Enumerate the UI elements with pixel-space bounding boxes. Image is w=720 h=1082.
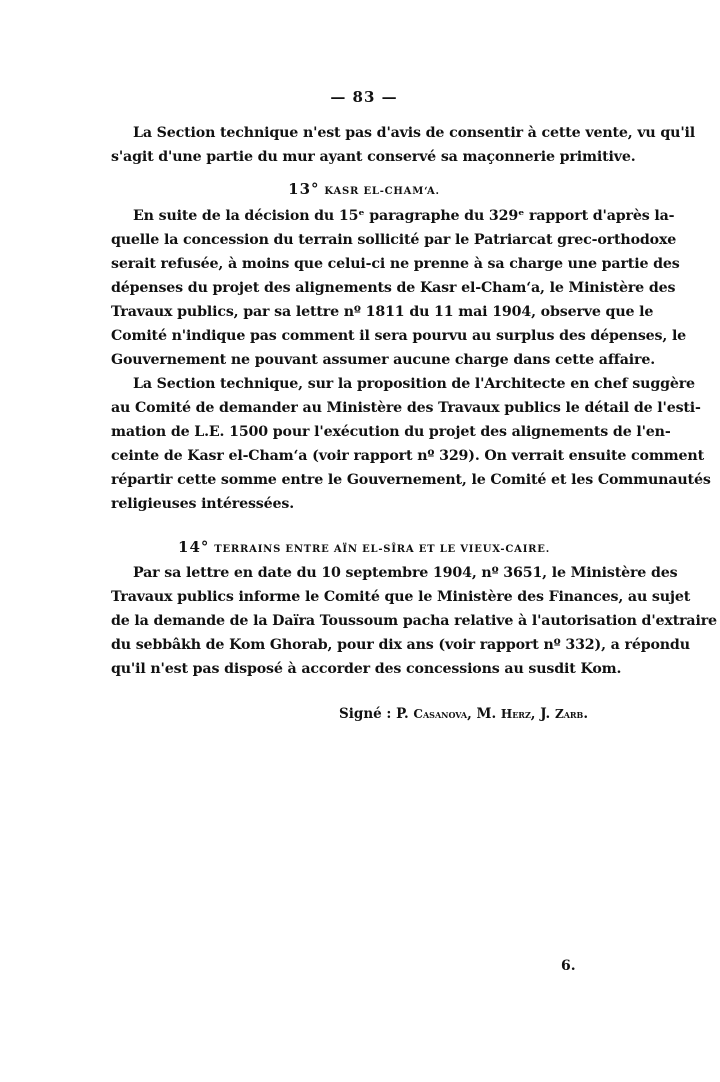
text-line: du sebbâkh de Kom Ghorab, pour dix ans (… [111,633,617,657]
text-line: Travaux publics informe le Comité que le… [111,585,617,609]
signature-separator: , J. [531,706,555,722]
section-number: 14° [178,538,209,556]
signatory-zarb: Zarb [555,707,583,721]
text-line: Par sa lettre en date du 10 septembre 19… [111,561,617,585]
signature-separator: , M. [467,706,501,722]
text-line: serait refusée, à moins que celui-ci ne … [111,252,617,276]
signature-line: Signé : P. Casanova, M. Herz, J. Zarb. [339,706,588,722]
text-line: En suite de la décision du 15ᵉ paragraph… [111,204,617,228]
section-title: Terrains entre Aïn el-Sîra et le Vieux-C… [214,544,550,555]
paragraph-architecte-proposal: La Section technique, sur la proposition… [111,372,617,516]
text-line: quelle la concession du terrain sollicit… [111,228,617,252]
paragraph-kasr-el-chama-decision: En suite de la décision du 15ᵉ paragraph… [111,204,617,372]
signatory-casanova: Casanova [413,707,467,721]
text-line: mation de L.E. 1500 pour l'exécution du … [111,420,617,444]
text-line: s'agit d'une partie du mur ayant conserv… [111,145,617,169]
page-number: — 83 — [111,88,617,106]
text-line: ceinte de Kasr el-Cham‘a (voir rapport n… [111,444,617,468]
text-line: religieuses intéressées. [111,492,617,516]
section-heading-14: 14° Terrains entre Aïn el-Sîra et le Vie… [111,538,617,556]
printer-signature-mark: 6. [561,958,576,974]
paragraph-section-technique-opinion: La Section technique n'est pas d'avis de… [111,121,617,169]
text-line: La Section technique, sur la proposition… [111,372,617,396]
signature-prefix: Signé : P. [339,706,413,722]
text-line: qu'il n'est pas disposé à accorder des c… [111,657,617,681]
text-line: au Comité de demander au Ministère des T… [111,396,617,420]
text-line: dépenses du projet des alignements de Ka… [111,276,617,300]
section-title: Kasr el-Cham‘a. [324,186,439,197]
section-number: 13° [288,180,319,198]
signatory-herz: Herz [501,707,531,721]
text-line: Travaux publics, par sa lettre nº 1811 d… [111,300,617,324]
signature-suffix: . [583,706,588,722]
text-line: de la demande de la Daïra Toussoum pacha… [111,609,617,633]
text-line: La Section technique n'est pas d'avis de… [111,121,617,145]
text-line: Comité n'indique pas comment il sera pou… [111,324,617,348]
paragraph-terrains-letter: Par sa lettre en date du 10 septembre 19… [111,561,617,681]
section-heading-13: 13° Kasr el-Cham‘a. [111,180,617,198]
text-line: Gouvernement ne pouvant assumer aucune c… [111,348,617,372]
text-line: répartir cette somme entre le Gouverneme… [111,468,617,492]
